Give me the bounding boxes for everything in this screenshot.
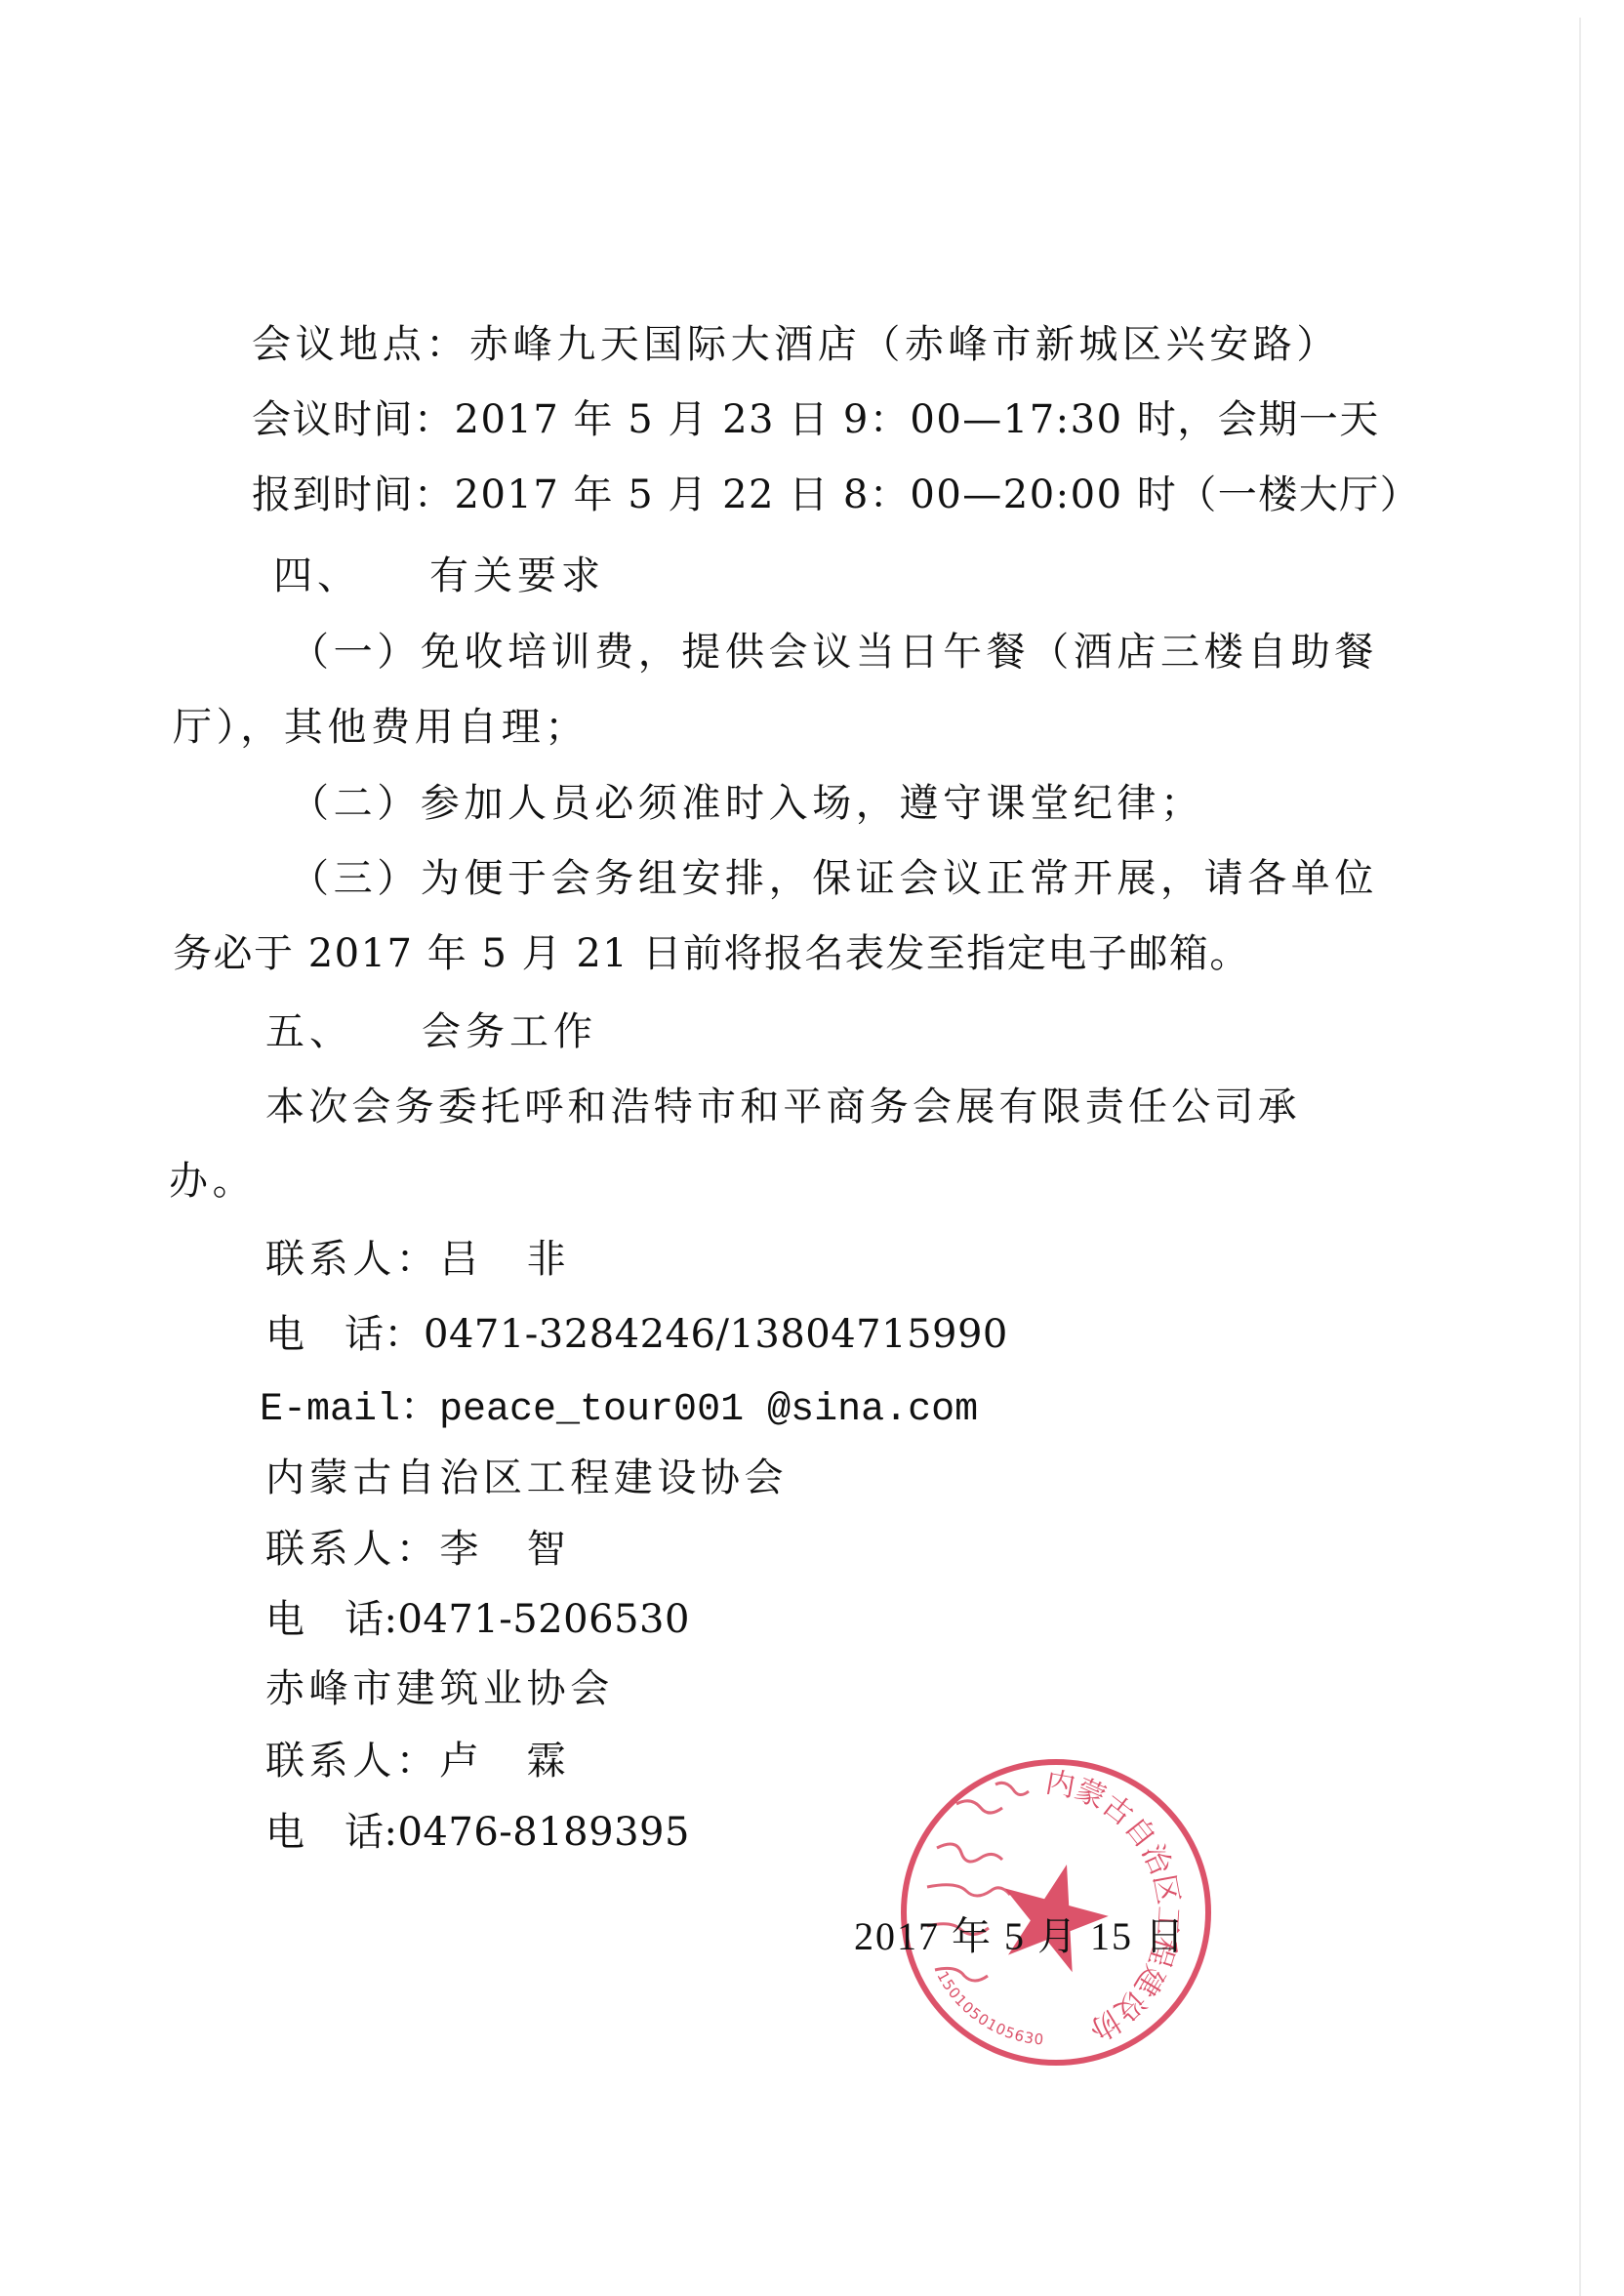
section4-item3-line2: 务必于 2017 年 5 月 21 日前将报名表发至指定电子邮箱。 xyxy=(173,930,1250,977)
contact2-phone: 电 话:0471-5206530 xyxy=(265,1596,690,1643)
contact1-phone: 电 话：0471-3284246/13804715990 xyxy=(265,1311,1008,1358)
section4-item1-line2: 厅），其他费用自理； xyxy=(173,704,589,751)
contact3-person: 联系人：卢 霖 xyxy=(265,1738,570,1784)
section5-title: 会务工作 xyxy=(422,1009,597,1054)
section5-heading: 五、会务工作 xyxy=(265,1008,597,1055)
contact3-phone: 电 话:0476-8189395 xyxy=(265,1809,690,1856)
document-page: 会议地点：赤峰九天国际大酒店（赤峰市新城区兴安路） 会议时间：2017 年 5 … xyxy=(0,0,1624,2296)
meeting-time: 会议时间：2017 年 5 月 23 日 9：00—17:30 时，会期一天 xyxy=(252,396,1380,443)
meeting-location: 会议地点：赤峰九天国际大酒店（赤峰市新城区兴安路） xyxy=(252,321,1340,368)
seal-code: 1501050105630 xyxy=(933,1968,1045,2048)
registration-time: 报到时间：2017 年 5 月 22 日 8：00—20:00 时（一楼大厅） xyxy=(252,471,1420,518)
contact3-organization: 赤峰市建筑业协会 xyxy=(265,1665,614,1712)
contact2-organization: 内蒙古自治区工程建设协会 xyxy=(265,1455,788,1501)
official-seal: 内蒙古自治区工程建设协会 1501050105630 xyxy=(898,1755,1214,2070)
section5-body-line2: 办。 xyxy=(169,1158,256,1205)
section5-number: 五、 xyxy=(265,1009,353,1054)
section4-title: 有关要求 xyxy=(429,553,605,598)
contact1-email: E-mail：peace_tour001 @sina.com xyxy=(260,1387,978,1434)
contact2-person: 联系人：李 智 xyxy=(265,1526,570,1573)
signature-date: 2017 年 5 月 15 日 xyxy=(854,1913,1186,1960)
section4-number: 四、 xyxy=(273,553,361,598)
section4-heading: 四、有关要求 xyxy=(273,553,605,599)
section5-body-line1: 本次会务委托呼和浩特市和平商务会展有限责任公司承 xyxy=(265,1084,1301,1130)
section4-item3-line1: （三）为便于会务组安排，保证会议正常开展，请各单位 xyxy=(290,855,1378,902)
section4-item1-line1: （一）免收培训费，提供会议当日午餐（酒店三楼自助餐 xyxy=(290,629,1378,676)
contact1-person: 联系人：吕 非 xyxy=(265,1236,570,1283)
scan-edge-line xyxy=(1579,18,1581,2296)
section4-item2: （二）参加人员必须准时入场，遵守课堂纪律； xyxy=(290,780,1204,827)
